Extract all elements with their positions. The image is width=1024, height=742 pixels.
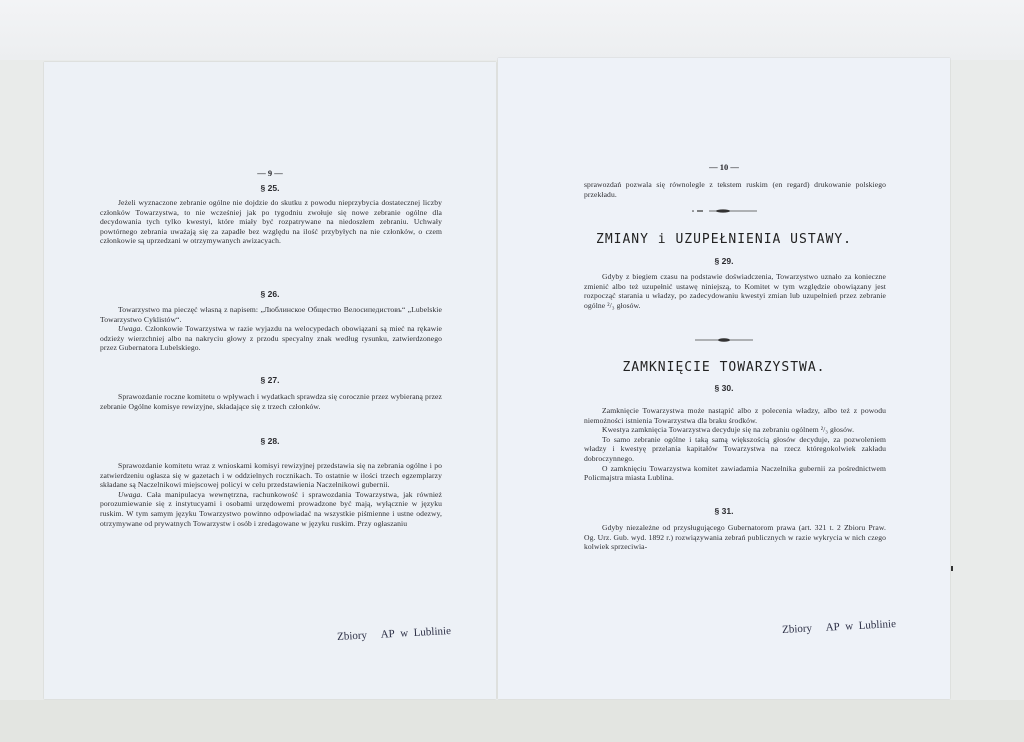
note-label: Uwaga. (118, 324, 142, 333)
note-label: Uwaga. (118, 490, 142, 499)
section-26-text: Towarzystwo ma pieczęć własną z napisem:… (100, 305, 442, 353)
paragraph: Gdyby z biegiem czasu na podstawie doświ… (584, 272, 886, 310)
stamp-word: Zbiory (337, 629, 368, 643)
stamp-word: Lublinie (858, 618, 896, 632)
paragraph: Towarzystwo ma pieczęć własną z napisem:… (100, 305, 442, 324)
section-27-text: Sprawozdanie roczne komitetu o wpływach … (100, 392, 442, 411)
paragraph: Zamknięcie Towarzystwa może nastąpić alb… (584, 406, 886, 425)
section-25-text: Jeżeli wyznaczone zebranie ogólne nie do… (100, 198, 442, 246)
paragraph: Sprawozdanie komitetu wraz z wnioskami k… (100, 461, 442, 490)
stamp-word: w (400, 627, 409, 639)
paragraph: sprawozdań pozwala się równolegle z teks… (584, 180, 886, 199)
section-heading-28: § 28. (44, 436, 496, 446)
section-heading-26: § 26. (44, 289, 496, 299)
section-31-text: Gdyby niezależne od przysługującego Gube… (584, 523, 886, 552)
section-heading-31: § 31. (498, 506, 950, 516)
continuation-text: sprawozdań pozwala się równolegle z teks… (584, 180, 886, 199)
stamp-word: Zbiory (782, 622, 813, 636)
section-heading-30: § 30. (498, 383, 950, 393)
page-number: — 10 — (498, 162, 950, 172)
section-heading-29: § 29. (498, 256, 950, 266)
heading-amendments: ZMIANY i UZUPEŁNIENIA USTAWY. (498, 232, 950, 247)
paragraph: To samo zebranie ogólne i taką samą więk… (584, 435, 886, 464)
paragraph: Jeżeli wyznaczone zebranie ogólne nie do… (100, 198, 442, 246)
paragraph: Gdyby niezależne od przysługującego Gube… (584, 523, 886, 552)
document-page-10: — 10 — sprawozdań pozwala się równolegle… (498, 58, 950, 699)
section-29-text: Gdyby z biegiem czasu na podstawie doświ… (584, 272, 886, 310)
stamp-word: AP (380, 628, 395, 641)
section-30-text: Zamknięcie Towarzystwa może nastąpić alb… (584, 406, 886, 483)
stamp-word: AP (825, 621, 840, 634)
note-paragraph: Uwaga. Cała manipulacya wewnętrzna, rach… (100, 490, 442, 528)
paragraph: Sprawozdanie roczne komitetu o wpływach … (100, 392, 442, 411)
archive-stamp: Zbiory AP w Lublinie (337, 625, 451, 643)
note-text: Cała manipulacya wewnętrzna, rachunkowoś… (100, 490, 442, 528)
section-heading-27: § 27. (44, 375, 496, 385)
background-top (0, 0, 1024, 60)
archive-stamp: Zbiory AP w Lublinie (782, 618, 896, 636)
background-table-surface (0, 700, 1024, 742)
paper-speck (951, 566, 953, 571)
ornament-divider (498, 337, 950, 343)
page-number: — 9 — (44, 168, 496, 178)
note-text: Członkowie Towarzystwa w razie wyjazdu n… (100, 324, 442, 352)
heading-dissolution: ZAMKNIĘCIE TOWARZYSTWA. (498, 360, 950, 375)
paragraph: O zamknięciu Towarzystwa komitet zawiada… (584, 464, 886, 483)
stamp-word: Lublinie (413, 625, 451, 639)
ornament-divider (498, 208, 950, 214)
paragraph: Kwestya zamknięcia Towarzystwa decyduje … (584, 425, 886, 435)
stamp-word: w (845, 620, 854, 632)
section-heading-25: § 25. (44, 183, 496, 193)
note-paragraph: Uwaga. Członkowie Towarzystwa w razie wy… (100, 324, 442, 353)
section-28-text: Sprawozdanie komitetu wraz z wnioskami k… (100, 461, 442, 528)
document-page-9: — 9 — § 25. Jeżeli wyznaczone zebranie o… (44, 62, 496, 699)
